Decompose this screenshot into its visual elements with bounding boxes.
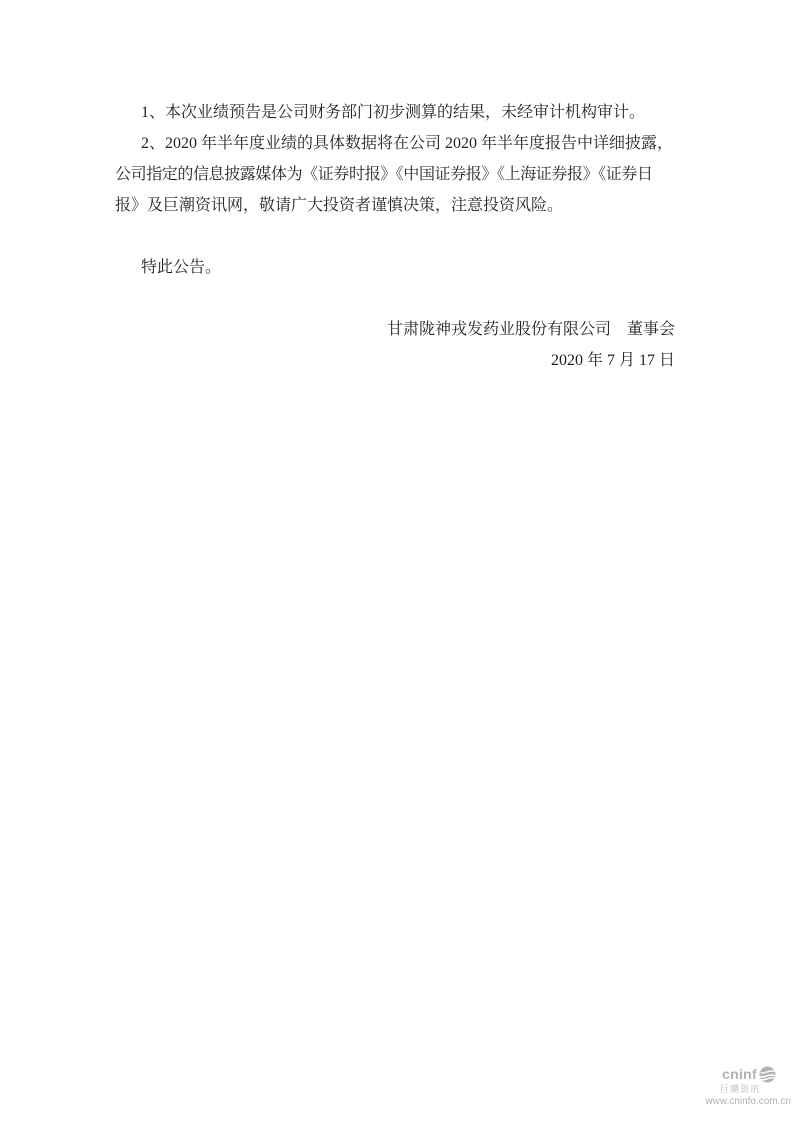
numbered-item-2-line-1: 2、2020 年半年度业绩的具体数据将在公司 2020 年半年度报告中详细披露，	[115, 128, 677, 159]
numbered-item-1: 1、本次业绩预告是公司财务部门初步测算的结果，未经审计机构审计。	[115, 97, 677, 128]
cninfo-url: www.cninfo.com.cn	[699, 1096, 791, 1107]
announcement-body: 1、本次业绩预告是公司财务部门初步测算的结果，未经审计机构审计。 2、2020 …	[115, 97, 677, 376]
cninfo-brand-text: cninf	[722, 1067, 757, 1081]
numbered-item-2-line-2: 公司指定的信息披露媒体为《证券时报》《中国证券报》《上海证券报》《证券日	[115, 159, 677, 190]
document-page: 1、本次业绩预告是公司财务部门初步测算的结果，未经审计机构审计。 2、2020 …	[0, 0, 793, 1122]
cninfo-logo-top-row: cninf	[699, 1065, 791, 1083]
cninfo-logo: cninf 巨潮资讯 www.cninfo.com.cn	[699, 1065, 791, 1107]
cninfo-chinese-name: 巨潮资讯	[699, 1084, 791, 1094]
closing-statement: 特此公告。	[115, 252, 677, 283]
signature-date: 2020 年 7 月 17 日	[115, 345, 677, 376]
signature-company: 甘肃陇神戎发药业股份有限公司 董事会	[115, 314, 677, 345]
numbered-item-2-line-3: 报》及巨潮资讯网，敬请广大投资者谨慎决策，注意投资风险。	[115, 190, 677, 221]
cninfo-globe-icon	[759, 1066, 776, 1083]
